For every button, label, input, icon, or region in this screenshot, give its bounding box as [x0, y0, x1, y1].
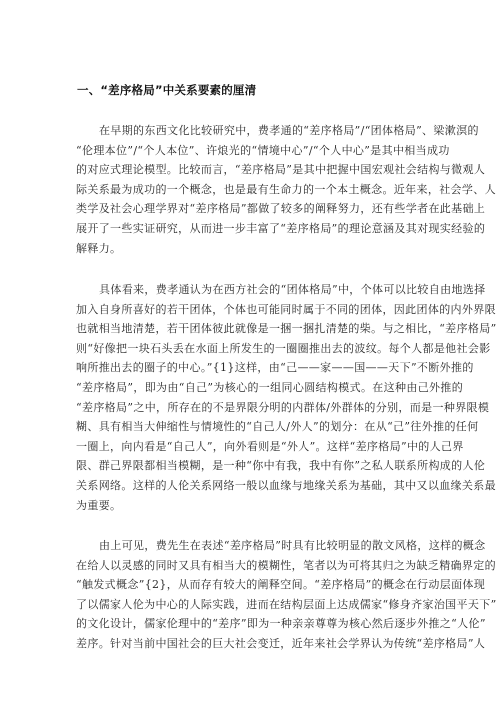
paragraph-1: 在早期的东西文化比较研究中，费孝通的“差序格局”/“团体格局”、梁漱溟的 “伦理… [76, 121, 421, 258]
text-line: “触发式概念”{2}，从而存有较大的阐释空间。“差序格局”的概念在行动层面体现 [76, 575, 421, 595]
text-line: 类学及社会心理学界对“差序格局”都做了较多的阐释努力，还有些学者在此基础上 [76, 199, 421, 219]
text-line: 在给人以灵感的同时又具有相当大的模糊性，笔者以为可将其归之为缺乏精确界定的 [76, 556, 421, 576]
text-line: 由上可见，费先生在表述“差序格局”时具有比较明显的散文风格，这样的概念 [76, 536, 421, 556]
paragraph-2: 具体看来，费孝通认为在西方社会的“团体格局”中，个体可以比较自由地选择 加入自身… [76, 280, 421, 515]
text-line: 加入自身所喜好的若干团体，个体也可能同时属于不同的团体，因此团体的内外界限 [76, 300, 421, 320]
text-line: 际关系最为成功的一个概念，也是最有生命力的一个本土概念。近年来，社会学、人 [76, 180, 421, 200]
text-line: 为重要。 [76, 496, 421, 516]
text-line: 一圈上，向内看是“自己人”，向外看则是“外人”。这样“差序格局”中的人己界 [76, 437, 421, 457]
text-line: 限、群己界限都相当模糊，是一种“你中有我，我中有你”之私人联系所构成的人伦 [76, 456, 421, 476]
text-line: 展开了一些实证研究，从而进一步丰富了“差序格局”的理论意涵及其对现实经验的 [76, 219, 421, 239]
text-line: “差序格局”之中，所存在的不是界限分明的内群体/外群体的分别，而是一种界限模 [76, 398, 421, 418]
text-line: 关系网络。这样的人伦关系网络一般以血缘与地缘关系为基础，其中又以血缘关系最 [76, 476, 421, 496]
text-line: 在早期的东西文化比较研究中，费孝通的“差序格局”/“团体格局”、梁漱溟的 [76, 121, 421, 141]
paragraph-3: 由上可见，费先生在表述“差序格局”时具有比较明显的散文风格，这样的概念 在给人以… [76, 536, 421, 654]
text-line: 则“好像把一块石头丢在水面上所发生的一圈圈推出去的波纹。每个人都是他社会影 [76, 339, 421, 359]
text-line: 糊、具有相当大伸缩性与情境性的“自己人/外人”的划分：在从“己”往外推的任何 [76, 417, 421, 437]
text-line: 响所推出去的圈子的中心。”{1}这样，由“己——家——国——天下”不断外推的 [76, 358, 421, 378]
text-line: 解释力。 [76, 239, 421, 259]
text-line: 也就相当地清楚，若干团体彼此就像是一捆一捆扎清楚的柴。与之相比，“差序格局” [76, 319, 421, 339]
text-line: 具体看来，费孝通认为在西方社会的“团体格局”中，个体可以比较自由地选择 [76, 280, 421, 300]
text-line: 差序。针对当前中国社会的巨大社会变迁，近年来社会学界认为传统“差序格局”人 [76, 634, 421, 654]
text-line: 了以儒家人伦为中心的人际实践，进而在结构层面上达成儒家“修身齐家治国平天下” [76, 595, 421, 615]
text-line: “伦理本位”/“个人本位”、许烺光的“情境中心”/“个人中心”是其中相当成功 [76, 141, 421, 161]
document-page: 一、“差序格局”中关系要素的厘清 在早期的东西文化比较研究中，费孝通的“差序格局… [0, 0, 500, 707]
text-line: 的文化设计，儒家伦理中的“差序”即为一种亲亲尊尊为核心然后逐步外推之“人伦” [76, 614, 421, 634]
section-heading: 一、“差序格局”中关系要素的厘清 [77, 82, 256, 98]
text-line: “差序格局”，即为由“自己”为核心的一组同心圆结构模式。在这种由己外推的 [76, 378, 421, 398]
text-line: 的对应式理论模型。比较而言，“差序格局”是其中把握中国宏观社会结构与微观人 [76, 160, 421, 180]
